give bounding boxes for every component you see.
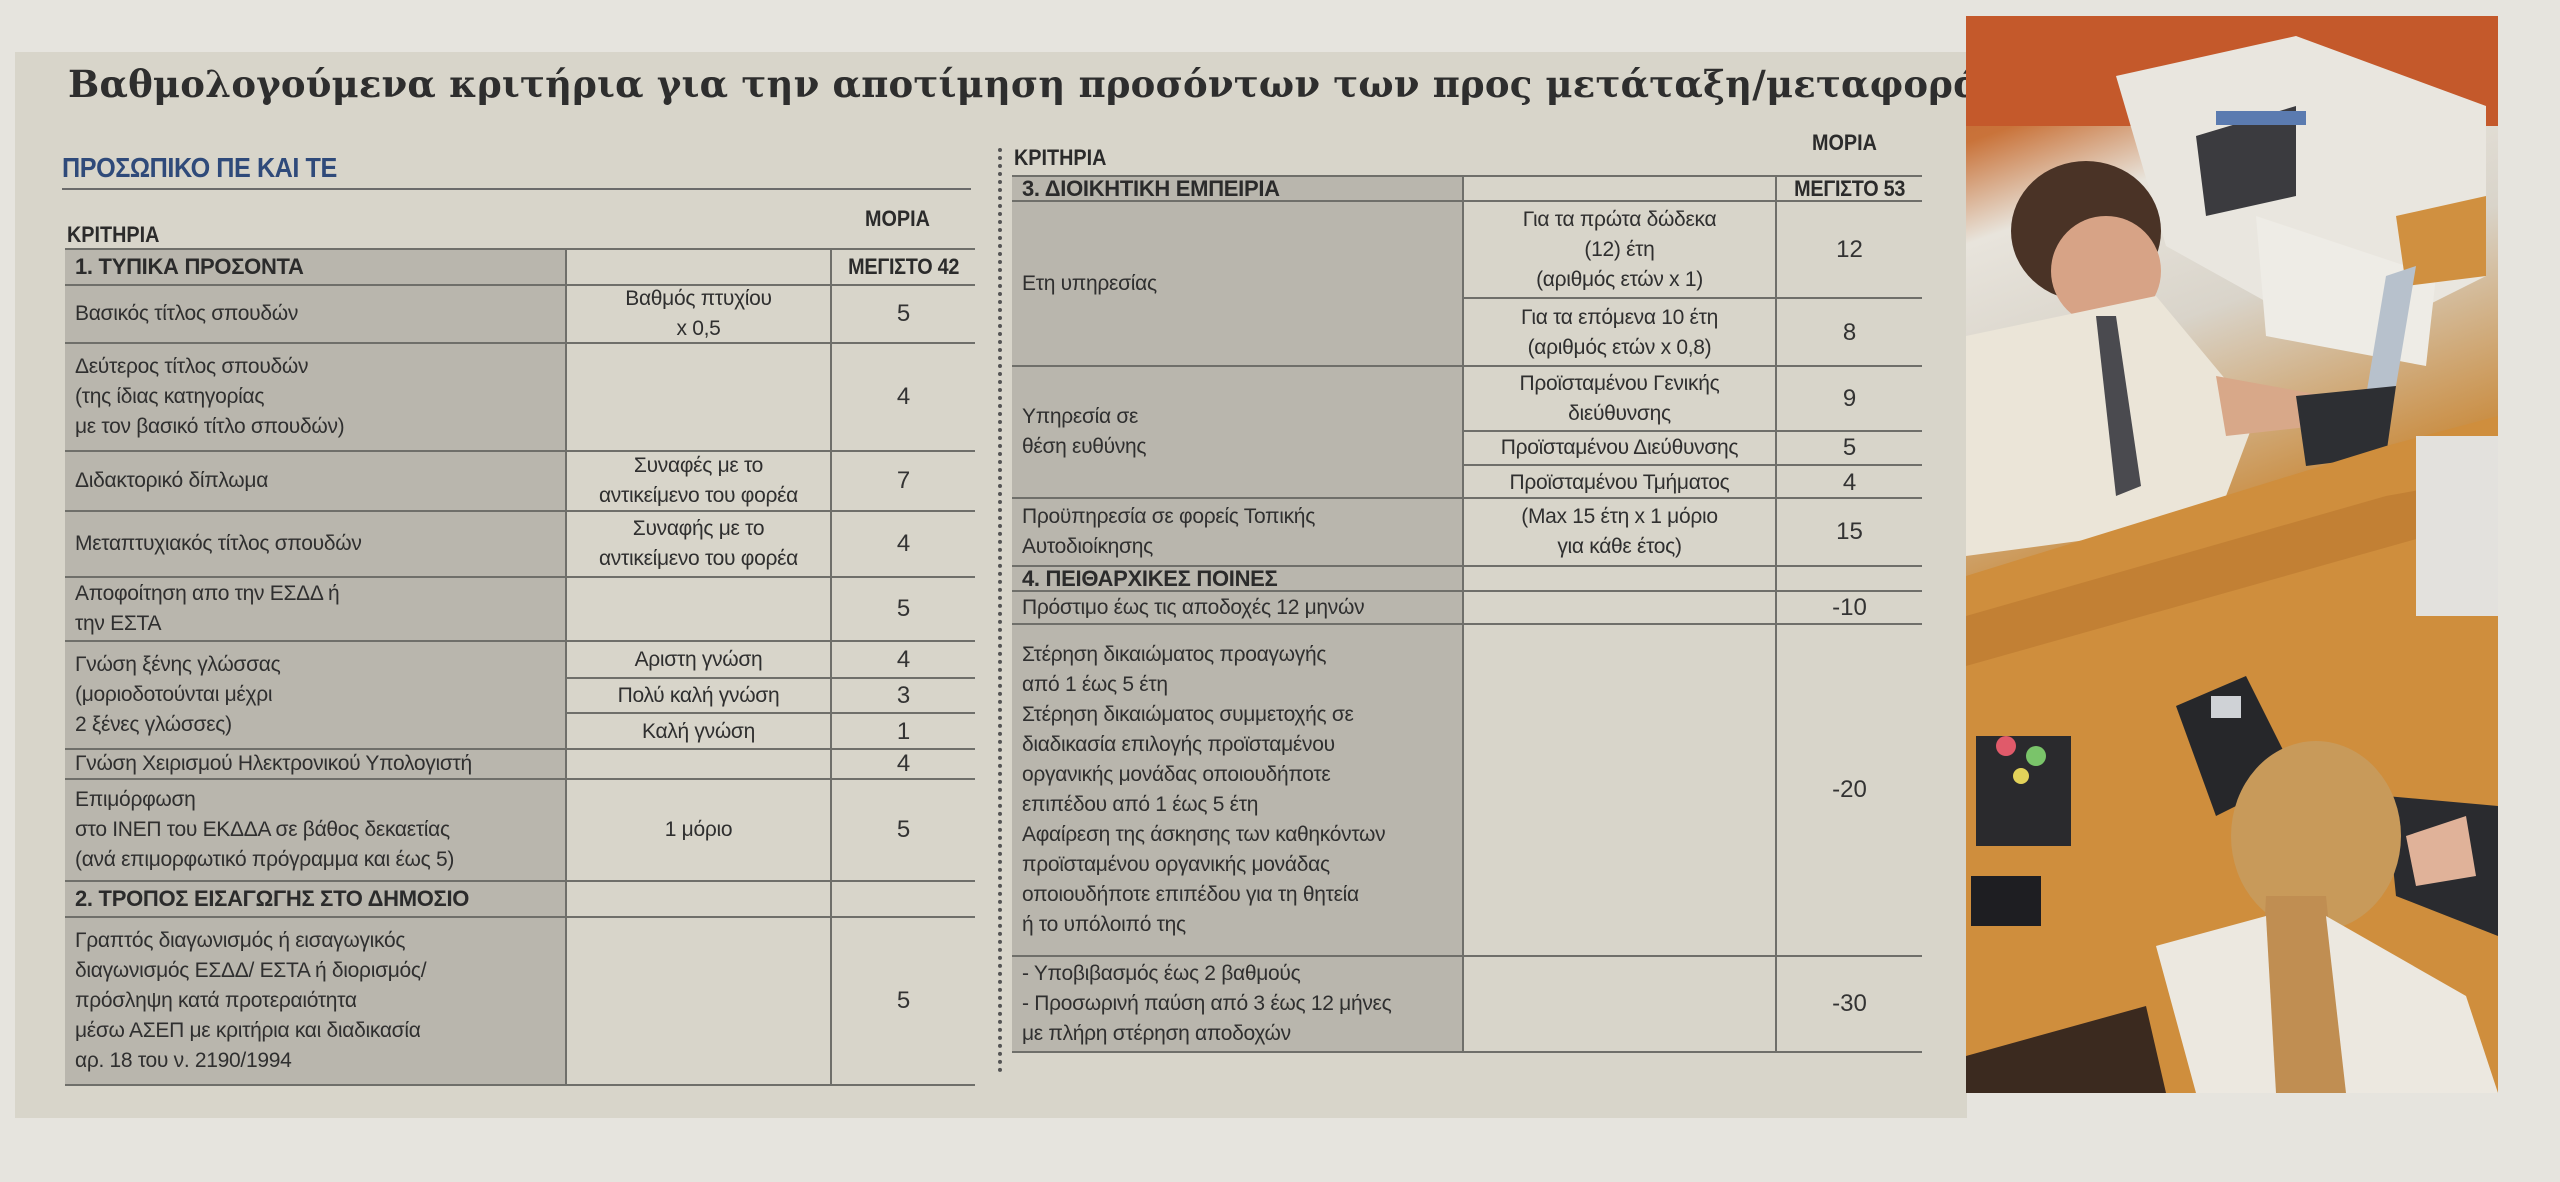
detail-cell: Για τα πρώτα δώδεκα (12) έτη (αριθμός ετ…: [1462, 202, 1775, 297]
detail-line: Συναφής με το: [599, 514, 798, 544]
detail-text: 1 μόριο: [665, 815, 732, 845]
table-row: Γραπτός διαγωνισμός ή εισαγωγικός διαγων…: [65, 916, 975, 1084]
points-value: 4: [897, 750, 910, 778]
detail-line: (Max 15 έτη x 1 μόριο: [1521, 502, 1717, 532]
table-row: Μεταπτυχιακός τίτλος σπουδώνΣυναφής με τ…: [65, 510, 975, 576]
points-cell: 15: [1775, 499, 1922, 565]
criterion-text: Γνώση ξένης γλώσσας (μοριοδοτούνται μέχρ…: [75, 650, 280, 740]
criterion-cell: Πρόστιμο έως τις αποδοχές 12 μηνών: [1012, 592, 1462, 623]
points-cell: 5: [830, 286, 975, 342]
detail-text: Για τα επόμενα 10 έτη (αριθμός ετών x 0,…: [1521, 303, 1718, 363]
detail-line: Συναφές με το: [599, 451, 798, 481]
criterion-text: - Υποβιβασμός έως 2 βαθμούς - Προσωρινή …: [1022, 959, 1391, 1049]
sub-row: Προϊσταμένου Διεύθυνσης5: [1462, 430, 1922, 464]
points-value: 4: [1843, 469, 1856, 497]
detail-cell: Προϊσταμένου Γενικής διεύθυνσης: [1462, 367, 1775, 430]
detail-text: Προϊσταμένου Γενικής διεύθυνσης: [1520, 369, 1720, 429]
points-value: 12: [1836, 236, 1863, 264]
group-header-empty: [565, 250, 830, 284]
detail-cell: [565, 750, 830, 778]
criterion-cell: - Υποβιβασμός έως 2 βαθμούς - Προσωρινή …: [1012, 957, 1462, 1051]
group-header-row: 3. ΔΙΟΙΚΗΤΙΚΗ ΕΜΠΕΙΡΙΑΜΕΓΙΣΤΟ 53: [1012, 175, 1922, 200]
points-cell: 3: [830, 679, 975, 712]
table-row: Αποφοίτηση απο την ΕΣΔΔ ή την ΕΣΤΑ5: [65, 576, 975, 640]
criterion-text: Γραπτός διαγωνισμός ή εισαγωγικός διαγων…: [75, 926, 426, 1076]
group-header-cell: 4. ΠΕΙΘΑΡΧΙΚΕΣ ΠΟΙΝΕΣ: [1012, 567, 1462, 590]
group-header-cell: 3. ΔΙΟΙΚΗΤΙΚΗ ΕΜΠΕΙΡΙΑ: [1012, 177, 1462, 200]
col-header-points: ΜΟΡΙΑ: [865, 206, 930, 232]
sub-row: Προϊσταμένου Τμήματος4: [1462, 464, 1922, 499]
detail-cell: Προϊσταμένου Διεύθυνσης: [1462, 432, 1775, 464]
criterion-text: Υπηρεσία σε θέση ευθύνης: [1022, 402, 1146, 462]
photo-icon: [1966, 16, 2498, 1093]
points-value: 15: [1836, 518, 1863, 546]
table-row: Δεύτερος τίτλος σπουδών (της ίδιας κατηγ…: [65, 342, 975, 450]
col-header-criteria: ΚΡΙΤΗΡΙΑ: [67, 222, 159, 248]
detail-line: αντικείμενο του φορέα: [599, 481, 798, 511]
group-max-points: ΜΕΓΙΣΤΟ 53: [1794, 176, 1905, 202]
points-cell: 4: [830, 344, 975, 450]
points-cell: 8: [1775, 299, 1922, 367]
points-cell: 4: [830, 750, 975, 778]
detail-cell: Συναφές με τοαντικείμενο του φορέα: [565, 452, 830, 510]
detail-cell: [1462, 957, 1775, 1051]
points-value: 3: [897, 682, 910, 710]
group-title: 2. ΤΡΟΠΟΣ ΕΙΣΑΓΩΓΗΣ ΣΤΟ ΔΗΜΟΣΙΟ: [75, 886, 469, 912]
column-divider: [998, 148, 1002, 1073]
points-value: 5: [897, 300, 910, 328]
points-cell: 7: [830, 452, 975, 510]
detail-column: Αριστη γνώση4Πολύ καλή γνώση3Καλή γνώση1: [565, 642, 975, 748]
table-row: Γνώση ξένης γλώσσας (μοριοδοτούνται μέχρ…: [65, 640, 975, 748]
points-cell: 5: [830, 918, 975, 1084]
detail-cell: [1462, 625, 1775, 955]
criterion-text: Ετη υπηρεσίας: [1022, 269, 1157, 299]
criterion-text: Προϋπηρεσία σε φορείς Τοπικής Αυτοδιοίκη…: [1022, 502, 1315, 562]
group-max-cell: ΜΕΓΙΣΤΟ 53: [1775, 177, 1922, 200]
criterion-text: Αποφοίτηση απο την ΕΣΔΔ ή την ΕΣΤΑ: [75, 579, 339, 639]
criterion-cell: Γνώση Χειρισμού Ηλεκτρονικού Υπολογιστή: [65, 750, 565, 778]
detail-text: Προϊσταμένου Διεύθυνσης: [1501, 433, 1738, 463]
col-header-criteria: ΚΡΙΤΗΡΙΑ: [1014, 145, 1106, 171]
detail-text: Αριστη γνώση: [635, 645, 763, 675]
group-header-row: 4. ΠΕΙΘΑΡΧΙΚΕΣ ΠΟΙΝΕΣ: [1012, 565, 1922, 590]
group-title: 3. ΔΙΟΙΚΗΤΙΚΗ ΕΜΠΕΙΡΙΑ: [1022, 176, 1280, 202]
table-row: Γνώση Χειρισμού Ηλεκτρονικού Υπολογιστή4: [65, 748, 975, 778]
points-cell: 1: [830, 714, 975, 750]
criterion-text: Διδακτορικό δίπλωμα: [75, 466, 268, 496]
detail-line: αντικείμενο του φορέα: [599, 544, 798, 574]
criterion-text: Γνώση Χειρισμού Ηλεκτρονικού Υπολογιστή: [75, 749, 472, 779]
detail-cell: Για τα επόμενα 10 έτη (αριθμός ετών x 0,…: [1462, 299, 1775, 367]
group-header-row: 2. ΤΡΟΠΟΣ ΕΙΣΑΓΩΓΗΣ ΣΤΟ ΔΗΜΟΣΙΟ: [65, 880, 975, 916]
points-value: 5: [897, 987, 910, 1015]
points-cell: 4: [830, 642, 975, 677]
group-header-row: 1. ΤΥΠΙΚΑ ΠΡΟΣΟΝΤΑΜΕΓΙΣΤΟ 42: [65, 248, 975, 284]
detail-cell: 1 μόριο: [565, 780, 830, 880]
criterion-text: Επιμόρφωση στο ΙΝΕΠ του ΕΚΔΔΑ σε βάθος δ…: [75, 785, 454, 875]
points-cell: 4: [830, 512, 975, 576]
left-criteria-table: ΚΡΙΤΗΡΙΑ ΜΟΡΙΑ 1. ΤΥΠΙΚΑ ΠΡΟΣΟΝΤΑΜΕΓΙΣΤΟ…: [65, 200, 975, 1100]
criterion-cell: Διδακτορικό δίπλωμα: [65, 452, 565, 510]
criterion-text: Δεύτερος τίτλος σπουδών (της ίδιας κατηγ…: [75, 352, 344, 442]
criterion-text: Βασικός τίτλος σπουδών: [75, 299, 298, 329]
col-header-points: ΜΟΡΙΑ: [1812, 130, 1877, 156]
criterion-cell: Στέρηση δικαιώματος προαγωγής από 1 έως …: [1012, 625, 1462, 955]
detail-cell: (Max 15 έτη x 1 μόριογια κάθε έτος): [1462, 499, 1775, 565]
group-max-cell: ΜΕΓΙΣΤΟ 42: [830, 250, 975, 284]
criterion-cell: Γνώση ξένης γλώσσας (μοριοδοτούνται μέχρ…: [65, 642, 565, 748]
group-header-cell: 2. ΤΡΟΠΟΣ ΕΙΣΑΓΩΓΗΣ ΣΤΟ ΔΗΜΟΣΙΟ: [65, 882, 565, 916]
office-photo: [1966, 16, 2498, 1093]
group-header-empty: [1462, 567, 1775, 590]
points-value: 7: [897, 467, 910, 495]
points-cell: 9: [1775, 367, 1922, 430]
table-row: Υπηρεσία σε θέση ευθύνηςΠροϊσταμένου Γεν…: [1012, 365, 1922, 497]
points-value: 1: [897, 718, 910, 746]
criterion-cell: Υπηρεσία σε θέση ευθύνης: [1012, 367, 1462, 497]
detail-cell: [565, 918, 830, 1084]
points-value: 5: [897, 816, 910, 844]
table-bottom-rule: [1012, 1051, 1922, 1053]
detail-column: Για τα πρώτα δώδεκα (12) έτη (αριθμός ετ…: [1462, 202, 1922, 365]
sub-row: Αριστη γνώση4: [565, 642, 975, 677]
group-header-empty: [565, 882, 830, 916]
detail-cell: [565, 578, 830, 640]
criterion-text: Πρόστιμο έως τις αποδοχές 12 μηνών: [1022, 593, 1364, 623]
detail-cell: Βαθμός πτυχίουx 0,5: [565, 286, 830, 342]
detail-line: για κάθε έτος): [1521, 532, 1717, 562]
detail-line: Βαθμός πτυχίου: [625, 284, 771, 314]
table-row: Προϋπηρεσία σε φορείς Τοπικής Αυτοδιοίκη…: [1012, 497, 1922, 565]
sub-row: Καλή γνώση1: [565, 712, 975, 750]
points-value: -20: [1832, 776, 1867, 804]
detail-cell: Πολύ καλή γνώση: [565, 679, 830, 712]
points-value: 4: [897, 646, 910, 674]
section-heading: ΠΡΟΣΩΠΙΚΟ ΠΕ ΚΑΙ ΤΕ: [62, 152, 971, 190]
points-value: 5: [1843, 434, 1856, 462]
points-value: 8: [1843, 319, 1856, 347]
points-cell: 5: [1775, 432, 1922, 464]
detail-line: 1 μόριο: [665, 815, 732, 845]
page-title: Βαθμολογούμενα κριτήρια για την αποτίμησ…: [68, 62, 1918, 106]
criterion-cell: Ετη υπηρεσίας: [1012, 202, 1462, 365]
group-max-cell: [830, 882, 975, 916]
table-row: - Υποβιβασμός έως 2 βαθμούς - Προσωρινή …: [1012, 955, 1922, 1051]
criterion-text: Μεταπτυχιακός τίτλος σπουδών: [75, 529, 362, 559]
points-cell: -20: [1775, 625, 1922, 955]
sub-row: Για τα πρώτα δώδεκα (12) έτη (αριθμός ετ…: [1462, 202, 1922, 297]
points-cell: 5: [830, 578, 975, 640]
detail-column: Προϊσταμένου Γενικής διεύθυνσης9Προϊσταμ…: [1462, 367, 1922, 497]
sub-row: Για τα επόμενα 10 έτη (αριθμός ετών x 0,…: [1462, 297, 1922, 367]
points-cell: -10: [1775, 592, 1922, 623]
detail-text: Καλή γνώση: [642, 717, 755, 747]
group-title: 1. ΤΥΠΙΚΑ ΠΡΟΣΟΝΤΑ: [75, 254, 304, 280]
detail-text: (Max 15 έτη x 1 μόριογια κάθε έτος): [1521, 502, 1717, 562]
detail-line: x 0,5: [625, 314, 771, 344]
points-value: 4: [897, 530, 910, 558]
table-bottom-rule: [65, 1084, 975, 1086]
sub-row: Πολύ καλή γνώση3: [565, 677, 975, 712]
points-cell: 12: [1775, 202, 1922, 297]
criterion-cell: Βασικός τίτλος σπουδών: [65, 286, 565, 342]
criterion-cell: Προϋπηρεσία σε φορείς Τοπικής Αυτοδιοίκη…: [1012, 499, 1462, 565]
group-title: 4. ΠΕΙΘΑΡΧΙΚΕΣ ΠΟΙΝΕΣ: [1022, 566, 1277, 592]
table-row: Ετη υπηρεσίαςΓια τα πρώτα δώδεκα (12) έτ…: [1012, 200, 1922, 365]
detail-text: Συναφές με τοαντικείμενο του φορέα: [599, 451, 798, 511]
detail-text: Προϊσταμένου Τμήματος: [1510, 468, 1730, 498]
table-row: Στέρηση δικαιώματος προαγωγής από 1 έως …: [1012, 623, 1922, 955]
points-cell: 4: [1775, 466, 1922, 499]
right-criteria-table: ΚΡΙΤΗΡΙΑ ΜΟΡΙΑ 3. ΔΙΟΙΚΗΤΙΚΗ ΕΜΠΕΙΡΙΑΜΕΓ…: [1012, 130, 1922, 1090]
points-value: -10: [1832, 594, 1867, 622]
criterion-cell: Μεταπτυχιακός τίτλος σπουδών: [65, 512, 565, 576]
points-value: 5: [897, 595, 910, 623]
detail-cell: Καλή γνώση: [565, 714, 830, 750]
table-row: Διδακτορικό δίπλωμαΣυναφές με τοαντικείμ…: [65, 450, 975, 510]
points-value: 9: [1843, 385, 1856, 413]
criterion-cell: Επιμόρφωση στο ΙΝΕΠ του ΕΚΔΔΑ σε βάθος δ…: [65, 780, 565, 880]
detail-cell: Αριστη γνώση: [565, 642, 830, 677]
points-cell: -30: [1775, 957, 1922, 1051]
detail-text: Βαθμός πτυχίουx 0,5: [625, 284, 771, 344]
detail-cell: Προϊσταμένου Τμήματος: [1462, 466, 1775, 499]
detail-cell: [565, 344, 830, 450]
group-max-cell: [1775, 567, 1922, 590]
group-max-points: ΜΕΓΙΣΤΟ 42: [848, 254, 959, 280]
criterion-cell: Γραπτός διαγωνισμός ή εισαγωγικός διαγων…: [65, 918, 565, 1084]
criterion-cell: Δεύτερος τίτλος σπουδών (της ίδιας κατηγ…: [65, 344, 565, 450]
table-row: Πρόστιμο έως τις αποδοχές 12 μηνών-10: [1012, 590, 1922, 623]
table-row: Βασικός τίτλος σπουδώνΒαθμός πτυχίουx 0,…: [65, 284, 975, 342]
points-value: -30: [1832, 990, 1867, 1018]
detail-cell: Συναφής με τοαντικείμενο του φορέα: [565, 512, 830, 576]
detail-text: Συναφής με τοαντικείμενο του φορέα: [599, 514, 798, 574]
points-value: 4: [897, 383, 910, 411]
criterion-cell: Αποφοίτηση απο την ΕΣΔΔ ή την ΕΣΤΑ: [65, 578, 565, 640]
group-header-empty: [1462, 177, 1775, 200]
group-header-cell: 1. ΤΥΠΙΚΑ ΠΡΟΣΟΝΤΑ: [65, 250, 565, 284]
detail-text: Πολύ καλή γνώση: [618, 681, 780, 711]
detail-text: Για τα πρώτα δώδεκα (12) έτη (αριθμός ετ…: [1523, 205, 1717, 295]
table-row: Επιμόρφωση στο ΙΝΕΠ του ΕΚΔΔΑ σε βάθος δ…: [65, 778, 975, 880]
detail-cell: [1462, 592, 1775, 623]
sub-row: Προϊσταμένου Γενικής διεύθυνσης9: [1462, 367, 1922, 430]
points-cell: 5: [830, 780, 975, 880]
criterion-text: Στέρηση δικαιώματος προαγωγής από 1 έως …: [1022, 640, 1385, 940]
